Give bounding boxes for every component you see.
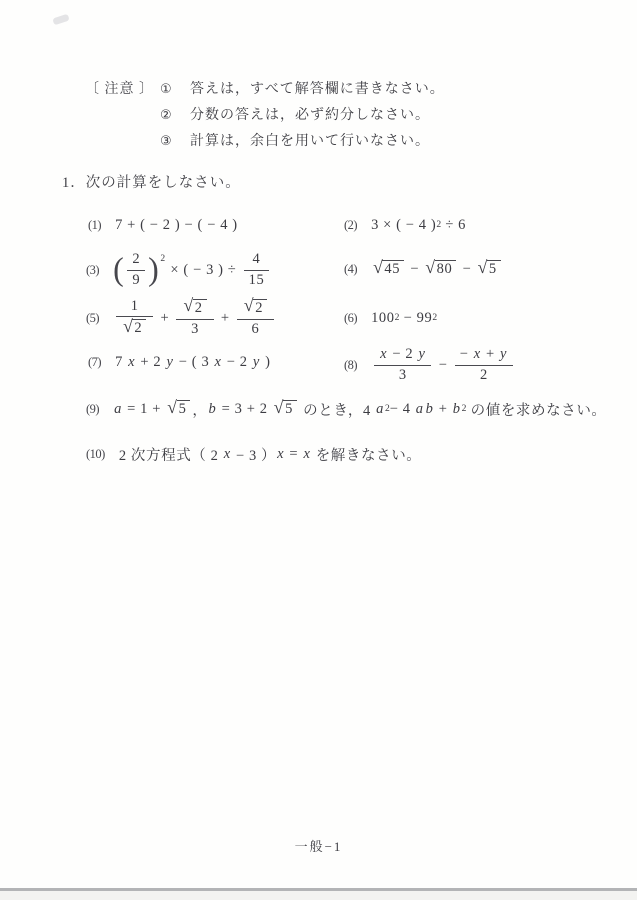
problem-label: (10) xyxy=(86,447,105,462)
formula: 7 + ( − 2 ) − ( − 4 ) xyxy=(115,217,238,234)
circled-number-icon: ② xyxy=(160,103,190,129)
formula: 7 x + 2 y − ( 3 x − 2 y ) xyxy=(115,354,271,371)
formula: 1002 − 992 xyxy=(371,310,437,327)
scan-smudge-artifact xyxy=(52,14,69,26)
scan-edge-band xyxy=(0,891,637,900)
problem-label: (8) xyxy=(344,358,357,373)
notice-item-text: 計算は，余白を用いて行いなさい。 xyxy=(190,129,430,155)
notice-item: ① 答えは，すべて解答欄に書きなさい。 xyxy=(160,77,445,103)
problem-3: (3) (29)2 × ( − 3 ) ÷ 415 xyxy=(86,248,272,292)
formula: 3 × ( − 4 )2 ÷ 6 xyxy=(371,217,466,234)
problem-label: (9) xyxy=(86,402,99,417)
notice-item-text: 答えは，すべて解答欄に書きなさい。 xyxy=(190,77,445,103)
problem-4: (4) √45 − √80 − √5 xyxy=(344,256,503,282)
footer-page-number: 一般−1 xyxy=(0,836,637,855)
problem-1: (1) 7 + ( − 2 ) − ( − 4 ) xyxy=(88,214,238,236)
notice-block: 〔 注意 〕 xyxy=(85,77,163,103)
problem-label: (7) xyxy=(88,355,101,370)
problem-9: (9) a = 1 + √5，b = 3 + 2 √5 のとき，4 a2− 4 … xyxy=(86,396,607,422)
notice-bracket-label: 〔 注意 〕 xyxy=(85,77,163,103)
formula: x − 2 y3 − − x + y2 xyxy=(371,347,516,382)
formula: √45 − √80 − √5 xyxy=(371,260,503,278)
circled-number-icon: ③ xyxy=(160,129,190,155)
problem-label: (2) xyxy=(344,218,357,233)
formula: a = 1 + √5，b = 3 + 2 √5 のとき，4 a2− 4 ab +… xyxy=(113,399,606,420)
problem-label: (4) xyxy=(344,262,357,277)
problem-10: (10) 2 次方程式（ 2 x − 3 ）x = x を解きなさい。 xyxy=(86,442,421,466)
problem-label: (6) xyxy=(344,311,357,326)
problem-label: (5) xyxy=(86,311,99,326)
problem-label: (3) xyxy=(86,263,99,278)
problem-2: (2) 3 × ( − 4 )2 ÷ 6 xyxy=(344,214,466,236)
problem-7: (7) 7 x + 2 y − ( 3 x − 2 y ) xyxy=(88,351,271,373)
section-number: 1． xyxy=(62,175,86,191)
formula: 1√2 + √23 + √26 xyxy=(113,299,277,337)
problem-label: (1) xyxy=(88,218,101,233)
scanned-exam-page: 〔 注意 〕 ① 答えは，すべて解答欄に書きなさい。 ② 分数の答えは，必ず約分… xyxy=(0,0,637,900)
section-heading: 1．次の計算をしなさい。 xyxy=(62,171,241,192)
formula: 2 次方程式（ 2 x − 3 ）x = x を解きなさい。 xyxy=(119,444,422,465)
section-title: 次の計算をしなさい。 xyxy=(86,175,241,191)
notice-item: ② 分数の答えは，必ず約分しなさい。 xyxy=(160,103,445,129)
problem-8: (8) x − 2 y3 − − x + y2 xyxy=(344,343,516,387)
problem-5: (5) 1√2 + √23 + √26 xyxy=(86,296,277,340)
notice-items: ① 答えは，すべて解答欄に書きなさい。 ② 分数の答えは，必ず約分しなさい。 ③… xyxy=(160,77,445,155)
notice-item: ③ 計算は，余白を用いて行いなさい。 xyxy=(160,129,445,155)
circled-number-icon: ① xyxy=(160,77,190,103)
problem-6: (6) 1002 − 992 xyxy=(344,306,437,330)
notice-item-text: 分数の答えは，必ず約分しなさい。 xyxy=(190,103,430,129)
notice-bracket-line: 〔 注意 〕 xyxy=(85,77,163,103)
formula: (29)2 × ( − 3 ) ÷ 415 xyxy=(113,252,272,287)
